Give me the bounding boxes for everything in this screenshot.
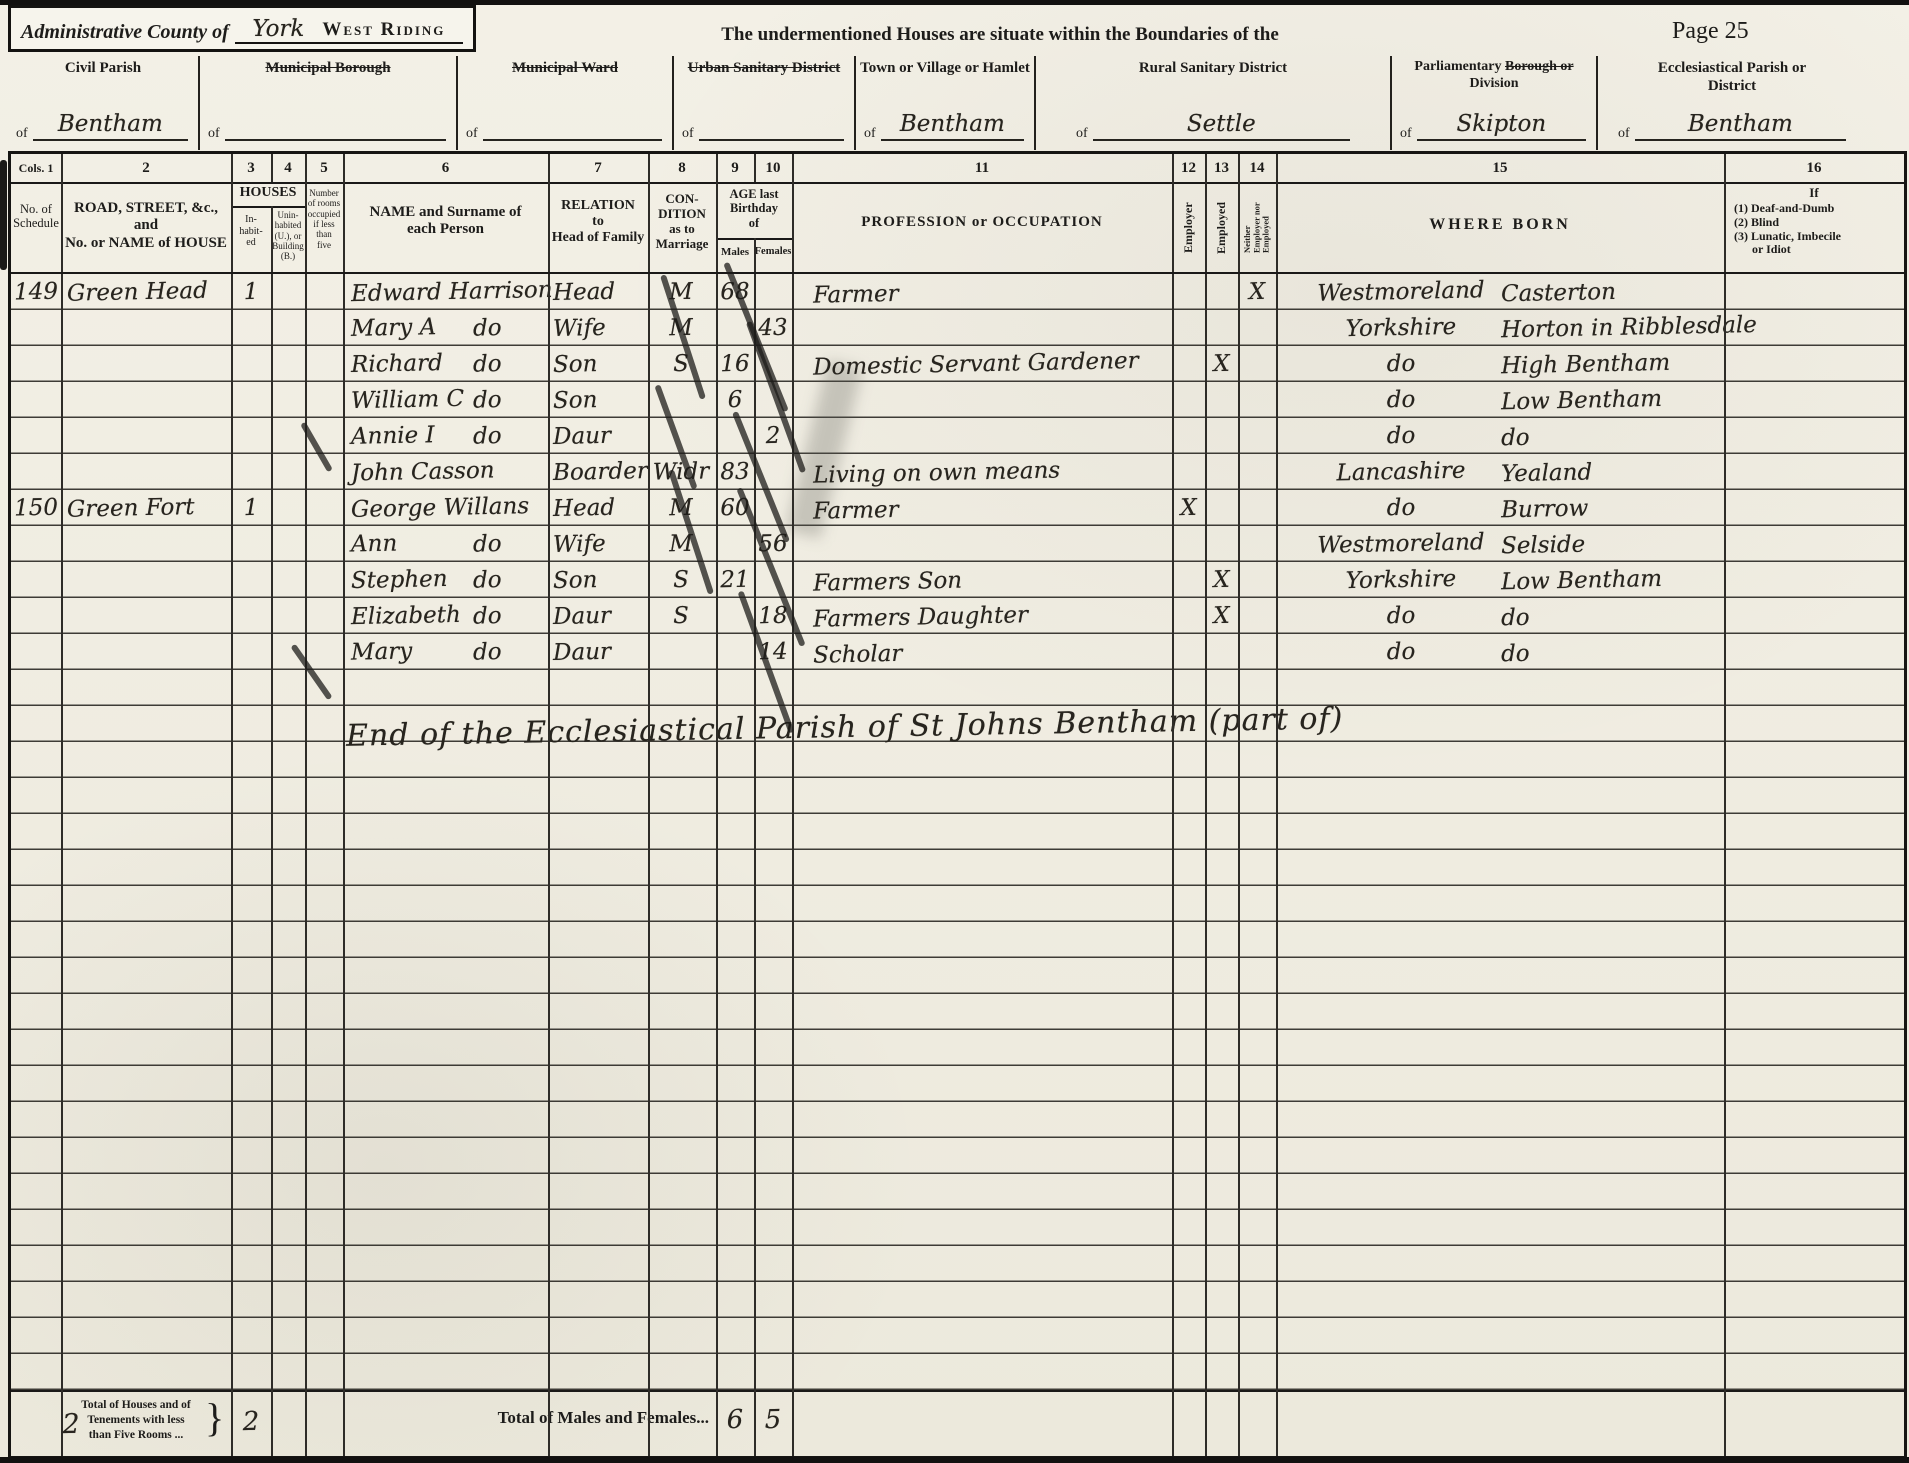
- header-where-born: WHERE BORN: [1276, 216, 1724, 234]
- table-header: Cols. 1 2 3 4 5 6 7 8 9 10 11 12 13 14 1…: [11, 154, 1904, 274]
- entry-ditto: do: [473, 381, 530, 416]
- page-heading: The undermentioned Houses are situate wi…: [600, 24, 1400, 46]
- entry-born-a: Yorkshire: [1311, 308, 1492, 346]
- entry-condition: S: [649, 345, 714, 380]
- of-word: of: [1400, 127, 1412, 141]
- entry-born-b: do: [1501, 416, 1722, 455]
- district-label-line2: District: [1598, 77, 1866, 95]
- header-infirm-items: (1) Deaf-and-Dumb (2) Blind (3) Lunatic,…: [1724, 202, 1909, 257]
- district-municipal-ward: Municipal Ward of: [458, 56, 674, 150]
- header-rule: [11, 182, 1904, 184]
- header-road: ROAD, STREET, &c., and No. or NAME of HO…: [61, 200, 231, 252]
- entry-born-a: Lancashire: [1311, 452, 1492, 490]
- entry-born-b: Low Bentham: [1501, 560, 1722, 599]
- entry-name: William C: [351, 381, 465, 417]
- district-label: Town or Village or Hamlet: [856, 56, 1034, 77]
- totals-males-females-label: Total of Males and Females...: [431, 1408, 709, 1428]
- entry-name: Elizabeth: [351, 597, 461, 633]
- of-word: of: [682, 127, 694, 141]
- of-word: of: [466, 127, 478, 141]
- entry-born-b: Low Bentham: [1501, 380, 1722, 419]
- col-num-2: 2: [61, 154, 231, 182]
- district-value: Bentham: [33, 107, 188, 141]
- district-of-line: of: [208, 107, 446, 141]
- col-num-9: 9: [716, 154, 754, 182]
- scan-edge-left: [0, 160, 7, 270]
- header-employed: Employed: [1205, 186, 1238, 270]
- district-label-text: Ecclesiastical Parish or: [1658, 60, 1806, 76]
- entry-relation: Son: [553, 345, 646, 381]
- district-label: Municipal Ward: [458, 56, 672, 77]
- header-uninhabited: Unin- habited (U.), or Building (B.): [271, 210, 305, 262]
- header-houses-group: HOUSES: [231, 185, 305, 201]
- entry-born-a: Westmoreland: [1311, 524, 1492, 562]
- col-num-13: 13: [1205, 154, 1238, 182]
- district-of-line: ofBentham: [16, 107, 188, 141]
- entry-name: Annie I: [351, 417, 435, 453]
- column-rule: [231, 274, 233, 1456]
- entry-relation: Daur: [553, 597, 646, 633]
- column-rule: [1172, 274, 1174, 1456]
- column-rule: [271, 154, 273, 182]
- entry-born-a: do: [1311, 416, 1492, 454]
- entry-born-b: do: [1501, 596, 1722, 635]
- entry-relation: Daur: [553, 633, 646, 669]
- entry-born-a: do: [1311, 488, 1492, 526]
- entry-schedule: 149: [13, 274, 60, 309]
- entry-name: Edward Harrison: [351, 272, 553, 310]
- district-value: [483, 107, 662, 141]
- column-rule: [754, 154, 756, 182]
- col-num-12: 12: [1172, 154, 1205, 182]
- entry-name: Mary A: [351, 309, 437, 345]
- column-rule: [305, 274, 307, 1456]
- district-label-line2: Division: [1392, 76, 1596, 93]
- entry-condition: M: [649, 273, 714, 308]
- district-label: Municipal Borough: [200, 56, 456, 77]
- header-males: Males: [716, 246, 754, 259]
- district-of-line: ofSkipton: [1400, 107, 1586, 141]
- district-of-line: of: [682, 107, 844, 141]
- district-label: Rural Sanitary District: [1036, 56, 1390, 77]
- entry-relation: Wife: [553, 309, 646, 345]
- district-label-text: Town or Village or Hamlet: [860, 60, 1030, 76]
- district-label: Ecclesiastical Parish orDistrict: [1598, 56, 1866, 95]
- col-num-8: 8: [648, 154, 716, 182]
- column-rule: [1238, 154, 1240, 272]
- header-occupation: PROFESSION or OCCUPATION: [792, 214, 1172, 231]
- header-infirm-title: If: [1724, 186, 1904, 201]
- district-label: Urban Sanitary District: [674, 56, 854, 77]
- census-page: Administrative County of York West Ridin…: [0, 0, 1909, 1463]
- col-num-6: 6: [343, 154, 548, 182]
- column-rule: [343, 274, 345, 1456]
- entry-born-b: Selside: [1501, 524, 1722, 563]
- entry-condition: M: [649, 525, 714, 560]
- entry-name: Ann: [351, 526, 398, 561]
- column-rule: [548, 274, 550, 1456]
- column-rule: [754, 274, 756, 1456]
- of-word: of: [1076, 127, 1088, 141]
- entry-born-b: High Bentham: [1501, 344, 1722, 383]
- district-rural-sanitary: Rural Sanitary District ofSettle: [1036, 56, 1392, 150]
- col-num-4: 4: [271, 154, 305, 182]
- district-parliamentary: Parliamentary Borough orDivision ofSkipt…: [1392, 56, 1598, 150]
- entry-born-a: do: [1311, 632, 1492, 670]
- column-rule: [1724, 154, 1726, 272]
- column-rule: [61, 154, 63, 272]
- col-num-14: 14: [1238, 154, 1276, 182]
- of-word: of: [16, 127, 28, 141]
- header-name: NAME and Surname of each Person: [343, 204, 548, 239]
- col-num-10: 10: [754, 154, 792, 182]
- entry-ditto: do: [473, 345, 530, 380]
- entry-born-a: do: [1311, 596, 1492, 634]
- entry-ditto: do: [473, 417, 530, 452]
- district-of-line: ofBentham: [1618, 107, 1846, 141]
- entry-relation: Son: [553, 561, 646, 597]
- entry-born-b: Horton in Ribblesdale: [1501, 308, 1722, 347]
- entry-name: Richard: [351, 345, 444, 381]
- col-num-5: 5: [305, 154, 343, 182]
- col-num-7: 7: [548, 154, 648, 182]
- entry-ditto: do: [473, 561, 530, 596]
- district-value: Settle: [1093, 107, 1350, 141]
- district-value: [225, 107, 446, 141]
- entry-name: Stephen: [351, 561, 448, 597]
- entry-relation: Son: [553, 381, 646, 417]
- totals-brace: }: [205, 1394, 224, 1441]
- totals-houses-label: Total of Houses and of Tenements with le…: [65, 1398, 207, 1443]
- district-ecclesiastical: Ecclesiastical Parish orDistrict ofBenth…: [1598, 56, 1866, 150]
- entry-name: John Casson: [351, 453, 495, 490]
- col-num-3: 3: [231, 154, 271, 182]
- column-rule: [1276, 274, 1278, 1456]
- admin-county-suffix: West Riding: [322, 20, 445, 41]
- column-rule: [231, 154, 233, 272]
- entry-inhabited: 1: [233, 274, 270, 309]
- district-label-text: Parliamentary: [1414, 59, 1505, 74]
- entry-relation: Boarder: [553, 453, 646, 489]
- header-schedule: No. of Schedule: [11, 202, 61, 231]
- totals-males-value: 6: [717, 1402, 754, 1437]
- district-civil-parish: Civil Parish ofBentham: [8, 56, 200, 150]
- entry-employed: X: [1205, 598, 1239, 633]
- entry-ditto: do: [473, 633, 530, 668]
- district-municipal-borough: Municipal Borough of: [200, 56, 458, 150]
- district-town-village: Town or Village or Hamlet ofBentham: [856, 56, 1036, 150]
- district-label-struck: Municipal Borough: [265, 60, 390, 76]
- column-rule: [1172, 154, 1174, 272]
- district-of-line: of: [466, 107, 662, 141]
- entry-employer: X: [1172, 490, 1206, 525]
- col-num-15: 15: [1276, 154, 1724, 182]
- entry-born-a: do: [1311, 380, 1492, 418]
- entry-employed: X: [1205, 346, 1239, 381]
- column-rule: [1205, 154, 1207, 272]
- entry-condition: S: [649, 597, 714, 632]
- houses-rule: [231, 206, 305, 208]
- district-label-struck: Borough or: [1505, 59, 1574, 74]
- header-rooms: Number of rooms occupied if less than fi…: [305, 188, 343, 250]
- of-word: of: [864, 127, 876, 141]
- entry-born-b: Casterton: [1501, 272, 1722, 311]
- column-rule: [305, 154, 307, 272]
- district-of-line: ofSettle: [1076, 107, 1350, 141]
- district-label-text: Rural Sanitary District: [1139, 60, 1287, 76]
- district-label-struck: Urban Sanitary District: [688, 60, 841, 76]
- entry-employed: X: [1205, 562, 1239, 597]
- district-label-struck: Municipal Ward: [512, 60, 618, 76]
- column-rule: [716, 154, 718, 272]
- entry-born-a: Yorkshire: [1311, 560, 1492, 598]
- column-rule: [1238, 274, 1240, 1456]
- col-num-16: 16: [1724, 154, 1904, 182]
- totals-houses-value: 2: [233, 1404, 270, 1439]
- entry-age-m: 16: [717, 346, 754, 381]
- header-condition: CON- DITION as to Marriage: [648, 192, 716, 252]
- entry-age-m: 83: [717, 454, 754, 489]
- entry-relation: Head: [553, 489, 646, 525]
- entry-name: George Willans: [351, 488, 530, 526]
- admin-county-box: Administrative County of York West Ridin…: [8, 5, 476, 52]
- column-rule: [716, 274, 718, 1456]
- entry-relation: Head: [553, 273, 646, 309]
- col-num-11: 11: [792, 154, 1172, 182]
- admin-county-value: York: [252, 18, 304, 41]
- column-rule: [648, 274, 650, 1456]
- totals-females-value: 5: [755, 1402, 792, 1437]
- column-rule: [1724, 274, 1726, 1456]
- of-word: of: [208, 127, 220, 141]
- district-of-line: ofBentham: [864, 107, 1024, 141]
- district-label: Civil Parish: [8, 56, 198, 77]
- entry-inhabited: 1: [233, 490, 270, 525]
- census-table: Cols. 1 2 3 4 5 6 7 8 9 10 11 12 13 14 1…: [8, 151, 1907, 1459]
- admin-county-label: Administrative County of: [21, 21, 229, 44]
- column-rule: [1276, 154, 1278, 272]
- of-word: of: [1618, 127, 1630, 141]
- entry-neither: X: [1238, 274, 1277, 309]
- column-rule: [1205, 274, 1207, 1456]
- header-age-group: AGE last Birthday of: [716, 187, 792, 230]
- header-relation: RELATION to Head of Family: [548, 198, 648, 246]
- entry-house: Green Fort: [67, 488, 230, 525]
- page-number: Page 25: [1672, 18, 1749, 45]
- column-rule: [343, 154, 345, 272]
- col-num-1: Cols. 1: [11, 154, 61, 182]
- entry-born-a: Westmoreland: [1311, 272, 1492, 310]
- entry-born-b: Yealand: [1501, 452, 1722, 491]
- scan-edge-bottom: [0, 1457, 1909, 1463]
- table-body: End of the Ecclesiastical Parish of St J…: [11, 274, 1904, 1456]
- district-value: [699, 107, 844, 141]
- district-value: Skipton: [1417, 107, 1586, 141]
- district-label: Parliamentary Borough orDivision: [1392, 56, 1596, 93]
- entry-ditto: do: [473, 597, 530, 632]
- district-value: Bentham: [1635, 107, 1846, 141]
- header-females: Females: [754, 246, 792, 258]
- entry-born-a: do: [1311, 344, 1492, 382]
- entry-relation: Daur: [553, 417, 646, 453]
- header-employer: Employer: [1172, 186, 1205, 270]
- column-rule: [754, 238, 756, 272]
- column-rule: [792, 154, 794, 272]
- entry-house: Green Head: [67, 272, 230, 309]
- column-rule: [271, 206, 273, 272]
- column-rule: [271, 274, 273, 1456]
- admin-county-line: York West Riding: [235, 18, 463, 44]
- entry-relation: Wife: [553, 525, 646, 561]
- entry-name: Mary: [351, 633, 413, 668]
- header-inhabited: In- habit- ed: [231, 214, 271, 249]
- entry-born-b: do: [1501, 632, 1722, 671]
- column-rule: [548, 154, 550, 272]
- header-neither: Neither Employer nor Employed: [1238, 186, 1276, 270]
- district-urban-sanitary: Urban Sanitary District of: [674, 56, 856, 150]
- entry-age-m: 21: [717, 562, 754, 597]
- column-rule: [648, 154, 650, 272]
- entry-schedule: 150: [13, 490, 60, 525]
- entry-born-b: Burrow: [1501, 488, 1722, 527]
- district-value: Bentham: [881, 107, 1024, 141]
- entry-ditto: do: [473, 309, 530, 344]
- totals-row: 2 Total of Houses and of Tenements with …: [11, 1390, 1904, 1456]
- column-rule: [61, 274, 63, 1456]
- entry-ditto: do: [473, 525, 530, 560]
- district-label-text: Civil Parish: [65, 60, 141, 76]
